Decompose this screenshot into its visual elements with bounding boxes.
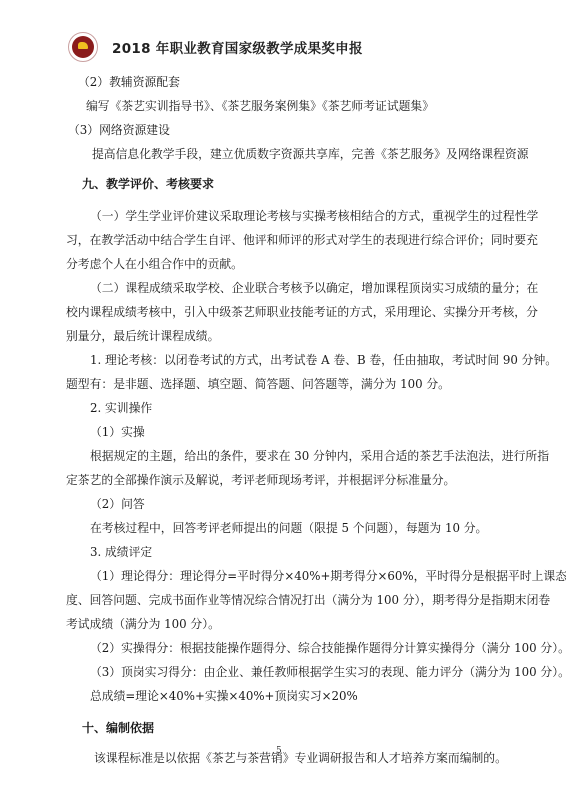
paragraph-line: 编写《茶艺实训指导书》、《茶艺服务案例集》《茶艺师考证试题集》 [86, 98, 434, 114]
paragraph-line: 别量分，最后统计课程成绩。 [66, 328, 219, 344]
paragraph-line: 2. 实训操作 [90, 400, 152, 416]
paragraph-line: 提高信息化教学手段，建立优质数字资源共享库，完善《茶艺服务》及网络课程资源 [92, 146, 529, 162]
paragraph-line: 在考核过程中，回答考评老师提出的问题（限提 5 个问题），每题为 10 分。 [90, 520, 487, 536]
paragraph-line: （一）学生学业评价建议采取理论考核与实操考核相结合的方式，重视学生的过程性学 [90, 208, 538, 224]
section-heading: 十、编制依据 [82, 720, 154, 736]
paragraph-line: （2）实操得分：根据技能操作题得分、综合技能操作题得分计算实操得分（满分 100… [90, 640, 566, 656]
page-header: 2018 年职业教育国家级教学成果奖申报 [68, 30, 363, 64]
paragraph-line: 考试成绩（满分为 100 分）。 [66, 616, 220, 632]
header-title: 2018 年职业教育国家级教学成果奖申报 [112, 37, 363, 57]
paragraph-line: （3）网络资源建设 [68, 122, 170, 138]
paragraph-line: 1. 理论考核：以闭卷考试的方式，出考试卷 A 卷、B 卷，任由抽取，考试时间 … [90, 352, 557, 368]
paragraph-line: 校内课程成绩考核中，引入中级茶艺师职业技能考证的方式，采用理论、实操分开考核，分 [66, 304, 538, 320]
paragraph-line: （二）课程成绩采取学校、企业联合考核予以确定，增加课程顶岗实习成绩的量分；在 [90, 280, 538, 296]
paragraph-line: 3. 成绩评定 [90, 544, 152, 560]
paragraph-line: （2）教辅资源配套 [78, 74, 180, 90]
page-number: 5 [276, 746, 282, 756]
paragraph-line: 分考虑个人在小组合作中的贡献。 [66, 256, 243, 272]
paragraph-line: （3）顶岗实习得分：由企业、兼任教师根据学生实习的表现、能力评分（满分为 100… [90, 664, 566, 680]
paragraph-line: 根据规定的主题，给出的条件，要求在 30 分钟内，采用合适的茶艺手法泡法，进行所… [90, 448, 549, 464]
section-heading: 九、教学评价、考核要求 [82, 176, 214, 192]
paragraph-line: （1）实操 [90, 424, 145, 440]
paragraph-line: 该课程标准是以依据《茶艺与茶营销》专业调研报告和人才培养方案而编制的。 [94, 750, 507, 766]
paragraph-line: 题型有：是非题、选择题、填空题、简答题、问答题等，满分为 100 分。 [66, 376, 450, 392]
paragraph-line: 习，在教学活动中结合学生自评、他评和师评的形式对学生的表现进行综合评价；同时要充 [66, 232, 538, 248]
paragraph-line: （1）理论得分：理论得分=平时得分×40%+期考得分×60%，平时得分是根据平时… [90, 568, 566, 584]
paragraph-line: （2）问答 [90, 496, 145, 512]
paragraph-line: 定茶艺的全部操作演示及解说，考评老师现场考评，并根据评分标准量分。 [66, 472, 455, 488]
school-emblem-icon [68, 32, 98, 62]
paragraph-line: 总成绩=理论×40%+实操×40%+顶岗实习×20% [90, 688, 358, 704]
paragraph-line: 度、回答问题、完成书面作业等情况综合情况打出（满分为 100 分），期考得分是指… [66, 592, 550, 608]
